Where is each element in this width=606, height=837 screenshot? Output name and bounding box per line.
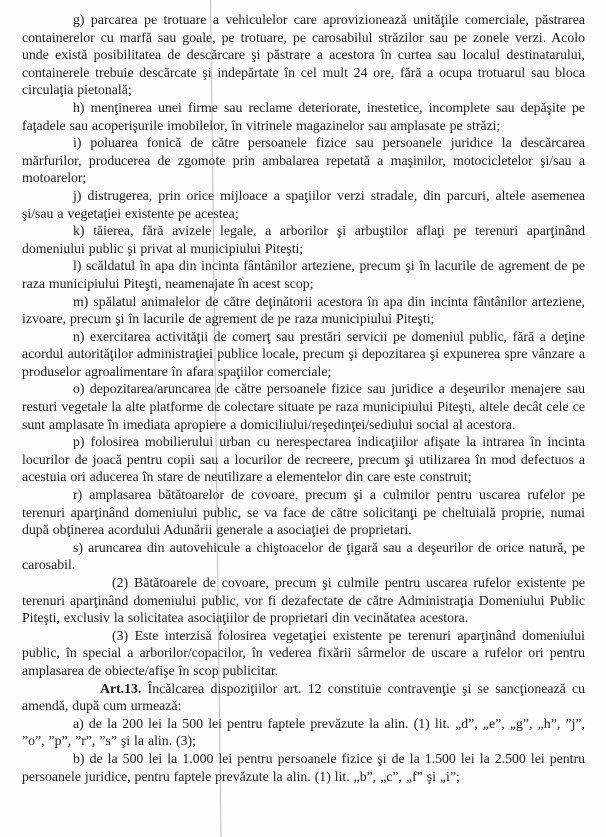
- paragraph-item-j: j) distrugerea, prin orice mijloace a sp…: [22, 187, 585, 222]
- paragraph-item-s: s) aruncarea din autovehicule a chiştoac…: [22, 539, 585, 574]
- paragraph-item-g: g) parcarea pe trotuare a vehiculelor ca…: [22, 11, 585, 99]
- paragraph-alin-3: (3) Este interzisă folosirea vegetaţiei …: [22, 627, 585, 680]
- paragraph-alin-2: (2) Bătătoarele de covoare, precum şi cu…: [22, 574, 585, 627]
- paragraph-item-r: r) amplasarea bătătoarelor de covoare, p…: [22, 486, 585, 539]
- paragraph-item-h: h) menţinerea unei firme sau reclame det…: [22, 99, 585, 134]
- article-number-label: Art.13.: [100, 681, 141, 696]
- document-page: g) parcarea pe trotuare a vehiculelor ca…: [0, 0, 606, 837]
- paragraph-item-p: p) folosirea mobilierului urban cu neres…: [22, 433, 585, 486]
- paragraph-item-l: l) scăldatul în apa din incinta fântânil…: [22, 257, 585, 292]
- paragraph-item-k: k) tăierea, fără avizele legale, a arbor…: [22, 222, 585, 257]
- paragraph-item-a: a) de la 200 lei la 500 lei pentru fapte…: [22, 715, 585, 750]
- paragraph-item-b: b) de la 500 lei la 1.000 lei pentru per…: [22, 750, 585, 785]
- paragraph-item-n: n) exercitarea activităţii de comerţ sau…: [22, 328, 585, 381]
- paragraph-art-13: Art.13. Încălcarea dispoziţiilor art. 12…: [22, 680, 585, 715]
- paragraph-item-o: o) depozitarea/aruncarea de către persoa…: [22, 380, 585, 433]
- paragraph-item-i: i) poluarea fonică de către persoanele f…: [22, 134, 585, 187]
- paragraph-item-m: m) spălatul animalelor de către deţinăto…: [22, 293, 585, 328]
